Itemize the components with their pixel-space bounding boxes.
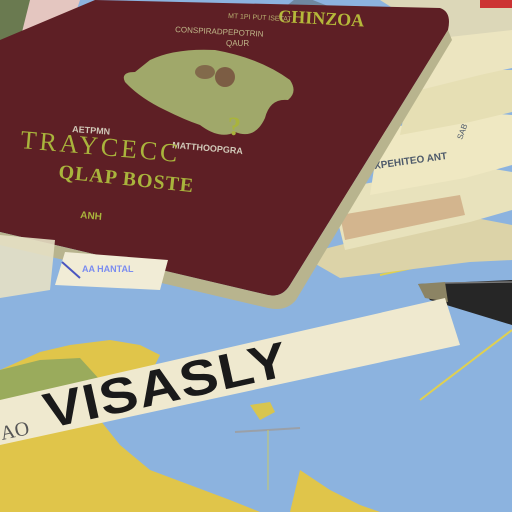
- ticket-text: AA HANTAL: [82, 264, 134, 274]
- emblem-question: ?: [228, 112, 241, 141]
- passport-map-photo: EXPEHITEO ANT SAB ? CHINZOA MT 1PI PUT I…: [0, 0, 512, 512]
- scene-illustration: EXPEHITEO ANT SAB ? CHINZOA MT 1PI PUT I…: [0, 0, 512, 512]
- passport-bottom-mark: ANH: [80, 210, 103, 223]
- passport-sub-text-3: QAUR: [226, 39, 249, 48]
